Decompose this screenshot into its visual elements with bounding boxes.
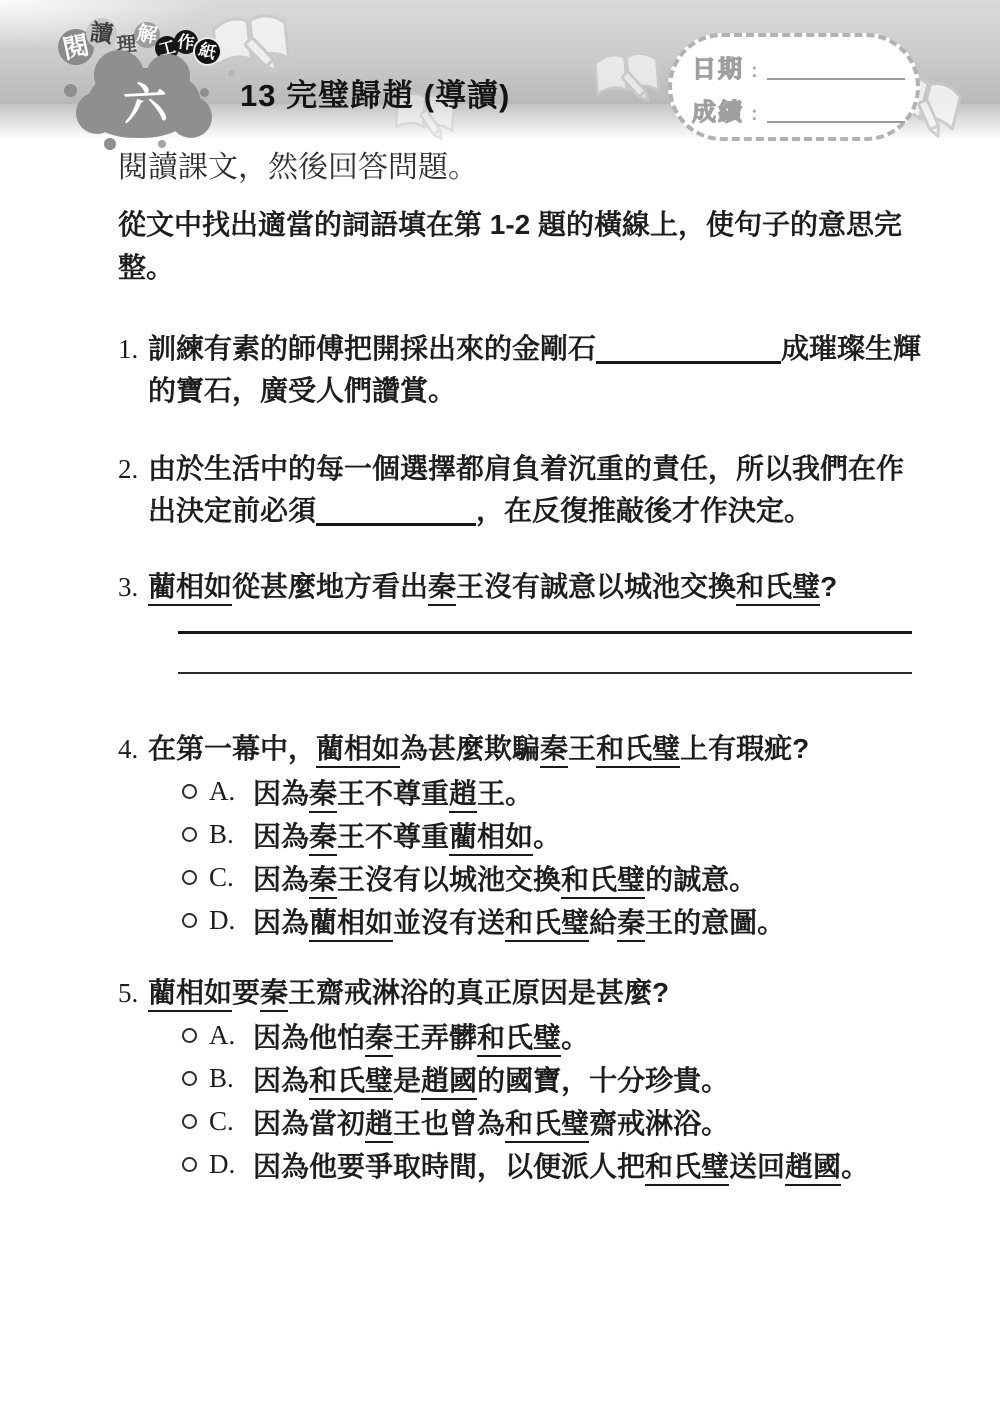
instruction-line: 從文中找出適當的詞語填在第 1-2 題的橫線上，使句子的意思完 xyxy=(118,203,908,246)
date-input-line[interactable] xyxy=(767,78,905,80)
option-C: C.因為秦王沒有以城池交換和氏璧的誠意。 xyxy=(182,856,908,899)
question-text-segment: 在第一幕中， xyxy=(148,733,316,764)
page-title: 13 完璧歸趙 (導讀) xyxy=(240,70,510,115)
option-select-circle[interactable] xyxy=(182,827,197,842)
decor-dot xyxy=(228,70,235,77)
proper-noun-underlined: 秦 xyxy=(309,778,337,813)
question-5: 5.藺相如要秦王齋戒淋浴的真正原因是甚麼?A.因為他怕秦王弄髒和氏璧。B.因為和… xyxy=(118,972,908,1186)
question-text-segment: 上有瑕疵? xyxy=(680,733,809,764)
unit-number: 六 xyxy=(82,55,208,145)
question-text-segment: 送回 xyxy=(729,1151,785,1182)
proper-noun-underlined: 和氏璧 xyxy=(505,907,589,942)
question-text-line: 出決定前必須，在反復推敲後才作決定。 xyxy=(148,490,908,532)
fill-in-blank-line[interactable] xyxy=(596,331,781,364)
option-A: A.因為他怕秦王弄髒和氏璧。 xyxy=(182,1014,908,1057)
question-text-line: 的寶石，廣受人們讚賞。 xyxy=(148,370,908,412)
question-text-segment: 王齋戒淋浴的真正原因是甚麼? xyxy=(288,977,669,1008)
question-text-segment: 王的意圖。 xyxy=(645,907,785,938)
score-colon: : xyxy=(751,103,760,126)
question-text-segment: 並沒有送 xyxy=(393,907,505,938)
option-text: 因為藺相如並沒有送和氏璧給秦王的意圖。 xyxy=(253,901,785,941)
instruction-line: 整。 xyxy=(118,246,908,289)
question-text-line: 訓練有素的師傅把開採出來的金剛石成璀璨生輝 xyxy=(148,328,908,370)
proper-noun-underlined: 趙國 xyxy=(785,1151,841,1186)
question-text-segment: 因為 xyxy=(253,778,309,809)
option-select-circle[interactable] xyxy=(182,784,197,799)
question-text-line: 由於生活中的每一個選擇都肩負着沉重的責任，所以我們在作 xyxy=(148,448,908,490)
proper-noun-underlined: 秦 xyxy=(428,571,456,606)
proper-noun-underlined: 藺相如 xyxy=(148,571,232,606)
proper-noun-underlined: 趙 xyxy=(365,1108,393,1143)
option-C: C.因為當初趙王也曾為和氏璧齋戒淋浴。 xyxy=(182,1100,908,1143)
question-text-segment: 由於生活中的每一個選擇都肩負着沉重的責任，所以我們在作 xyxy=(148,453,904,484)
proper-noun-underlined: 藺相如 xyxy=(309,907,393,942)
questions-area: 從文中找出適當的詞語填在第 1-2 題的橫線上，使句子的意思完整。 1.訓練有素… xyxy=(118,203,908,1186)
decor-dot xyxy=(64,84,77,97)
question-text-segment: 的國寶，十分珍貴。 xyxy=(477,1065,729,1096)
question-text-segment: 要 xyxy=(232,977,260,1008)
option-text: 因為和氏璧是趙國的國寶，十分珍貴。 xyxy=(253,1059,729,1099)
option-letter: D. xyxy=(209,905,253,936)
option-D: D.因為藺相如並沒有送和氏璧給秦王的意圖。 xyxy=(182,899,908,942)
intro-text: 閱讀課文，然後回答問題。 xyxy=(118,142,478,186)
question-text-segment: ，在反復推敲後才作決定。 xyxy=(476,495,812,526)
proper-noun-underlined: 秦 xyxy=(365,1022,393,1057)
open-book-pencil-icon xyxy=(590,38,665,117)
question-text-line: 在第一幕中，藺相如為甚麼欺騙秦王和氏璧上有瑕疵? xyxy=(148,728,908,770)
option-letter: C. xyxy=(209,1106,253,1137)
question-text-segment: 王不尊重 xyxy=(337,778,449,809)
question-list: 1.訓練有素的師傅把開採出來的金剛石成璀璨生輝的寶石，廣受人們讚賞。2.由於生活… xyxy=(118,328,908,1186)
question-text-line: 藺相如要秦王齋戒淋浴的真正原因是甚麼? xyxy=(148,972,908,1014)
option-select-circle[interactable] xyxy=(182,1157,197,1172)
question-4: 4.在第一幕中，藺相如為甚麼欺騙秦王和氏璧上有瑕疵?A.因為秦王不尊重趙王。B.… xyxy=(118,728,908,942)
question-number: 3. xyxy=(118,566,138,608)
question-text-segment: 因為當初 xyxy=(253,1108,365,1139)
question-text-segment: 王不尊重 xyxy=(337,821,449,852)
proper-noun-underlined: 和氏璧 xyxy=(736,571,820,606)
question-1: 1.訓練有素的師傅把開採出來的金剛石成璀璨生輝的寶石，廣受人們讚賞。 xyxy=(118,328,908,412)
option-text: 因為他怕秦王弄髒和氏璧。 xyxy=(253,1016,589,1056)
option-text: 因為當初趙王也曾為和氏璧齋戒淋浴。 xyxy=(253,1102,729,1142)
option-select-circle[interactable] xyxy=(182,1071,197,1086)
date-label: 日期 xyxy=(692,57,744,83)
question-2: 2.由於生活中的每一個選擇都肩負着沉重的責任，所以我們在作出決定前必須，在反復推… xyxy=(118,448,908,532)
proper-noun-underlined: 趙國 xyxy=(421,1065,477,1100)
proper-noun-underlined: 和氏璧 xyxy=(309,1065,393,1100)
question-text-segment: 訓練有素的師傅把開採出來的金剛石 xyxy=(148,333,596,364)
option-B: B.因為秦王不尊重藺相如。 xyxy=(182,813,908,856)
instruction-text: 從文中找出適當的詞語填在第 1-2 題的橫線上，使句子的意思完整。 xyxy=(118,203,908,289)
decor-dot xyxy=(104,138,116,150)
question-number: 2. xyxy=(118,448,138,490)
question-number: 4. xyxy=(118,728,138,770)
option-letter: D. xyxy=(209,1149,253,1180)
proper-noun-underlined: 和氏璧 xyxy=(561,864,645,899)
score-label: 成績 xyxy=(692,100,744,126)
option-letter: B. xyxy=(209,819,253,850)
option-text: 因為秦王不尊重藺相如。 xyxy=(253,815,561,855)
question-text-segment: 成璀璨生輝 xyxy=(781,333,921,364)
proper-noun-underlined: 秦 xyxy=(260,977,288,1012)
question-text-segment: 王。 xyxy=(477,778,533,809)
question-text-segment: 。 xyxy=(841,1151,869,1182)
proper-noun-underlined: 和氏璧 xyxy=(505,1108,589,1143)
option-D: D.因為他要爭取時間，以便派人把和氏璧送回趙國。 xyxy=(182,1143,908,1186)
question-text-line: 藺相如從甚麼地方看出秦王沒有誠意以城池交換和氏璧? xyxy=(148,566,908,608)
proper-noun-underlined: 秦 xyxy=(309,864,337,899)
proper-noun-underlined: 藺相如 xyxy=(148,977,232,1012)
question-text-segment: 王 xyxy=(568,733,596,764)
question-text-segment: 王也曾為 xyxy=(393,1108,505,1139)
date-score-box: 日期 : 成績 : xyxy=(668,33,920,141)
option-text: 因為秦王沒有以城池交換和氏璧的誠意。 xyxy=(253,858,757,898)
question-text-segment: 齋戒淋浴。 xyxy=(589,1108,729,1139)
unit-number-blob: 六 xyxy=(84,58,206,142)
proper-noun-underlined: 和氏璧 xyxy=(645,1151,729,1186)
proper-noun-underlined: 秦 xyxy=(309,821,337,856)
proper-noun-underlined: 趙 xyxy=(449,778,477,813)
answer-line[interactable] xyxy=(178,631,912,634)
question-number: 1. xyxy=(118,328,138,370)
proper-noun-underlined: 秦 xyxy=(617,907,645,942)
option-letter: C. xyxy=(209,862,253,893)
question-text-segment: 從甚麼地方看出 xyxy=(232,571,428,602)
question-text-segment: 王沒有誠意以城池交換 xyxy=(456,571,736,602)
question-text-segment: 是 xyxy=(393,1065,421,1096)
fill-in-blank-line[interactable] xyxy=(316,493,476,526)
question-text-segment: 。 xyxy=(561,1022,589,1053)
question-text-segment: 。 xyxy=(533,821,561,852)
score-input-line[interactable] xyxy=(767,121,905,123)
option-A: A.因為秦王不尊重趙王。 xyxy=(182,770,908,813)
question-text-segment: 因為他要爭取時間，以便派人把 xyxy=(253,1151,645,1182)
question-text-segment: 的誠意。 xyxy=(645,864,757,895)
proper-noun-underlined: 藺相如 xyxy=(316,733,400,768)
question-text-segment: ? xyxy=(820,571,837,602)
proper-noun-underlined: 和氏璧 xyxy=(477,1022,561,1057)
score-row: 成績 : xyxy=(692,100,905,126)
option-letter: A. xyxy=(209,776,253,807)
proper-noun-underlined: 藺相如 xyxy=(449,821,533,856)
option-letter: A. xyxy=(209,1020,253,1051)
option-select-circle[interactable] xyxy=(182,870,197,885)
decor-dot xyxy=(200,88,209,97)
option-select-circle[interactable] xyxy=(182,913,197,928)
question-text-segment: 給 xyxy=(589,907,617,938)
option-text: 因為秦王不尊重趙王。 xyxy=(253,772,533,812)
question-text-segment: 為甚麼欺騙 xyxy=(400,733,540,764)
option-select-circle[interactable] xyxy=(182,1114,197,1129)
question-text-segment: 因為他怕 xyxy=(253,1022,365,1053)
option-select-circle[interactable] xyxy=(182,1028,197,1043)
date-colon: : xyxy=(751,60,760,83)
question-text-segment: 王沒有以城池交換 xyxy=(337,864,561,895)
option-letter: B. xyxy=(209,1063,253,1094)
option-B: B.因為和氏璧是趙國的國寶，十分珍貴。 xyxy=(182,1057,908,1100)
question-number: 5. xyxy=(118,972,138,1014)
option-text: 因為他要爭取時間，以便派人把和氏璧送回趙國。 xyxy=(253,1145,869,1185)
question-text-segment: 因為 xyxy=(253,864,309,895)
question-text-segment: 王弄髒 xyxy=(393,1022,477,1053)
answer-line[interactable] xyxy=(178,672,912,674)
date-row: 日期 : xyxy=(692,57,905,83)
question-3: 3.藺相如從甚麼地方看出秦王沒有誠意以城池交換和氏璧? xyxy=(118,566,908,674)
question-text-segment: 因為 xyxy=(253,821,309,852)
question-text-segment: 的寶石，廣受人們讚賞。 xyxy=(148,375,456,406)
proper-noun-underlined: 和氏璧 xyxy=(596,733,680,768)
question-text-segment: 因為 xyxy=(253,1065,309,1096)
question-text-segment: 出決定前必須 xyxy=(148,495,316,526)
question-text-segment: 因為 xyxy=(253,907,309,938)
proper-noun-underlined: 秦 xyxy=(540,733,568,768)
